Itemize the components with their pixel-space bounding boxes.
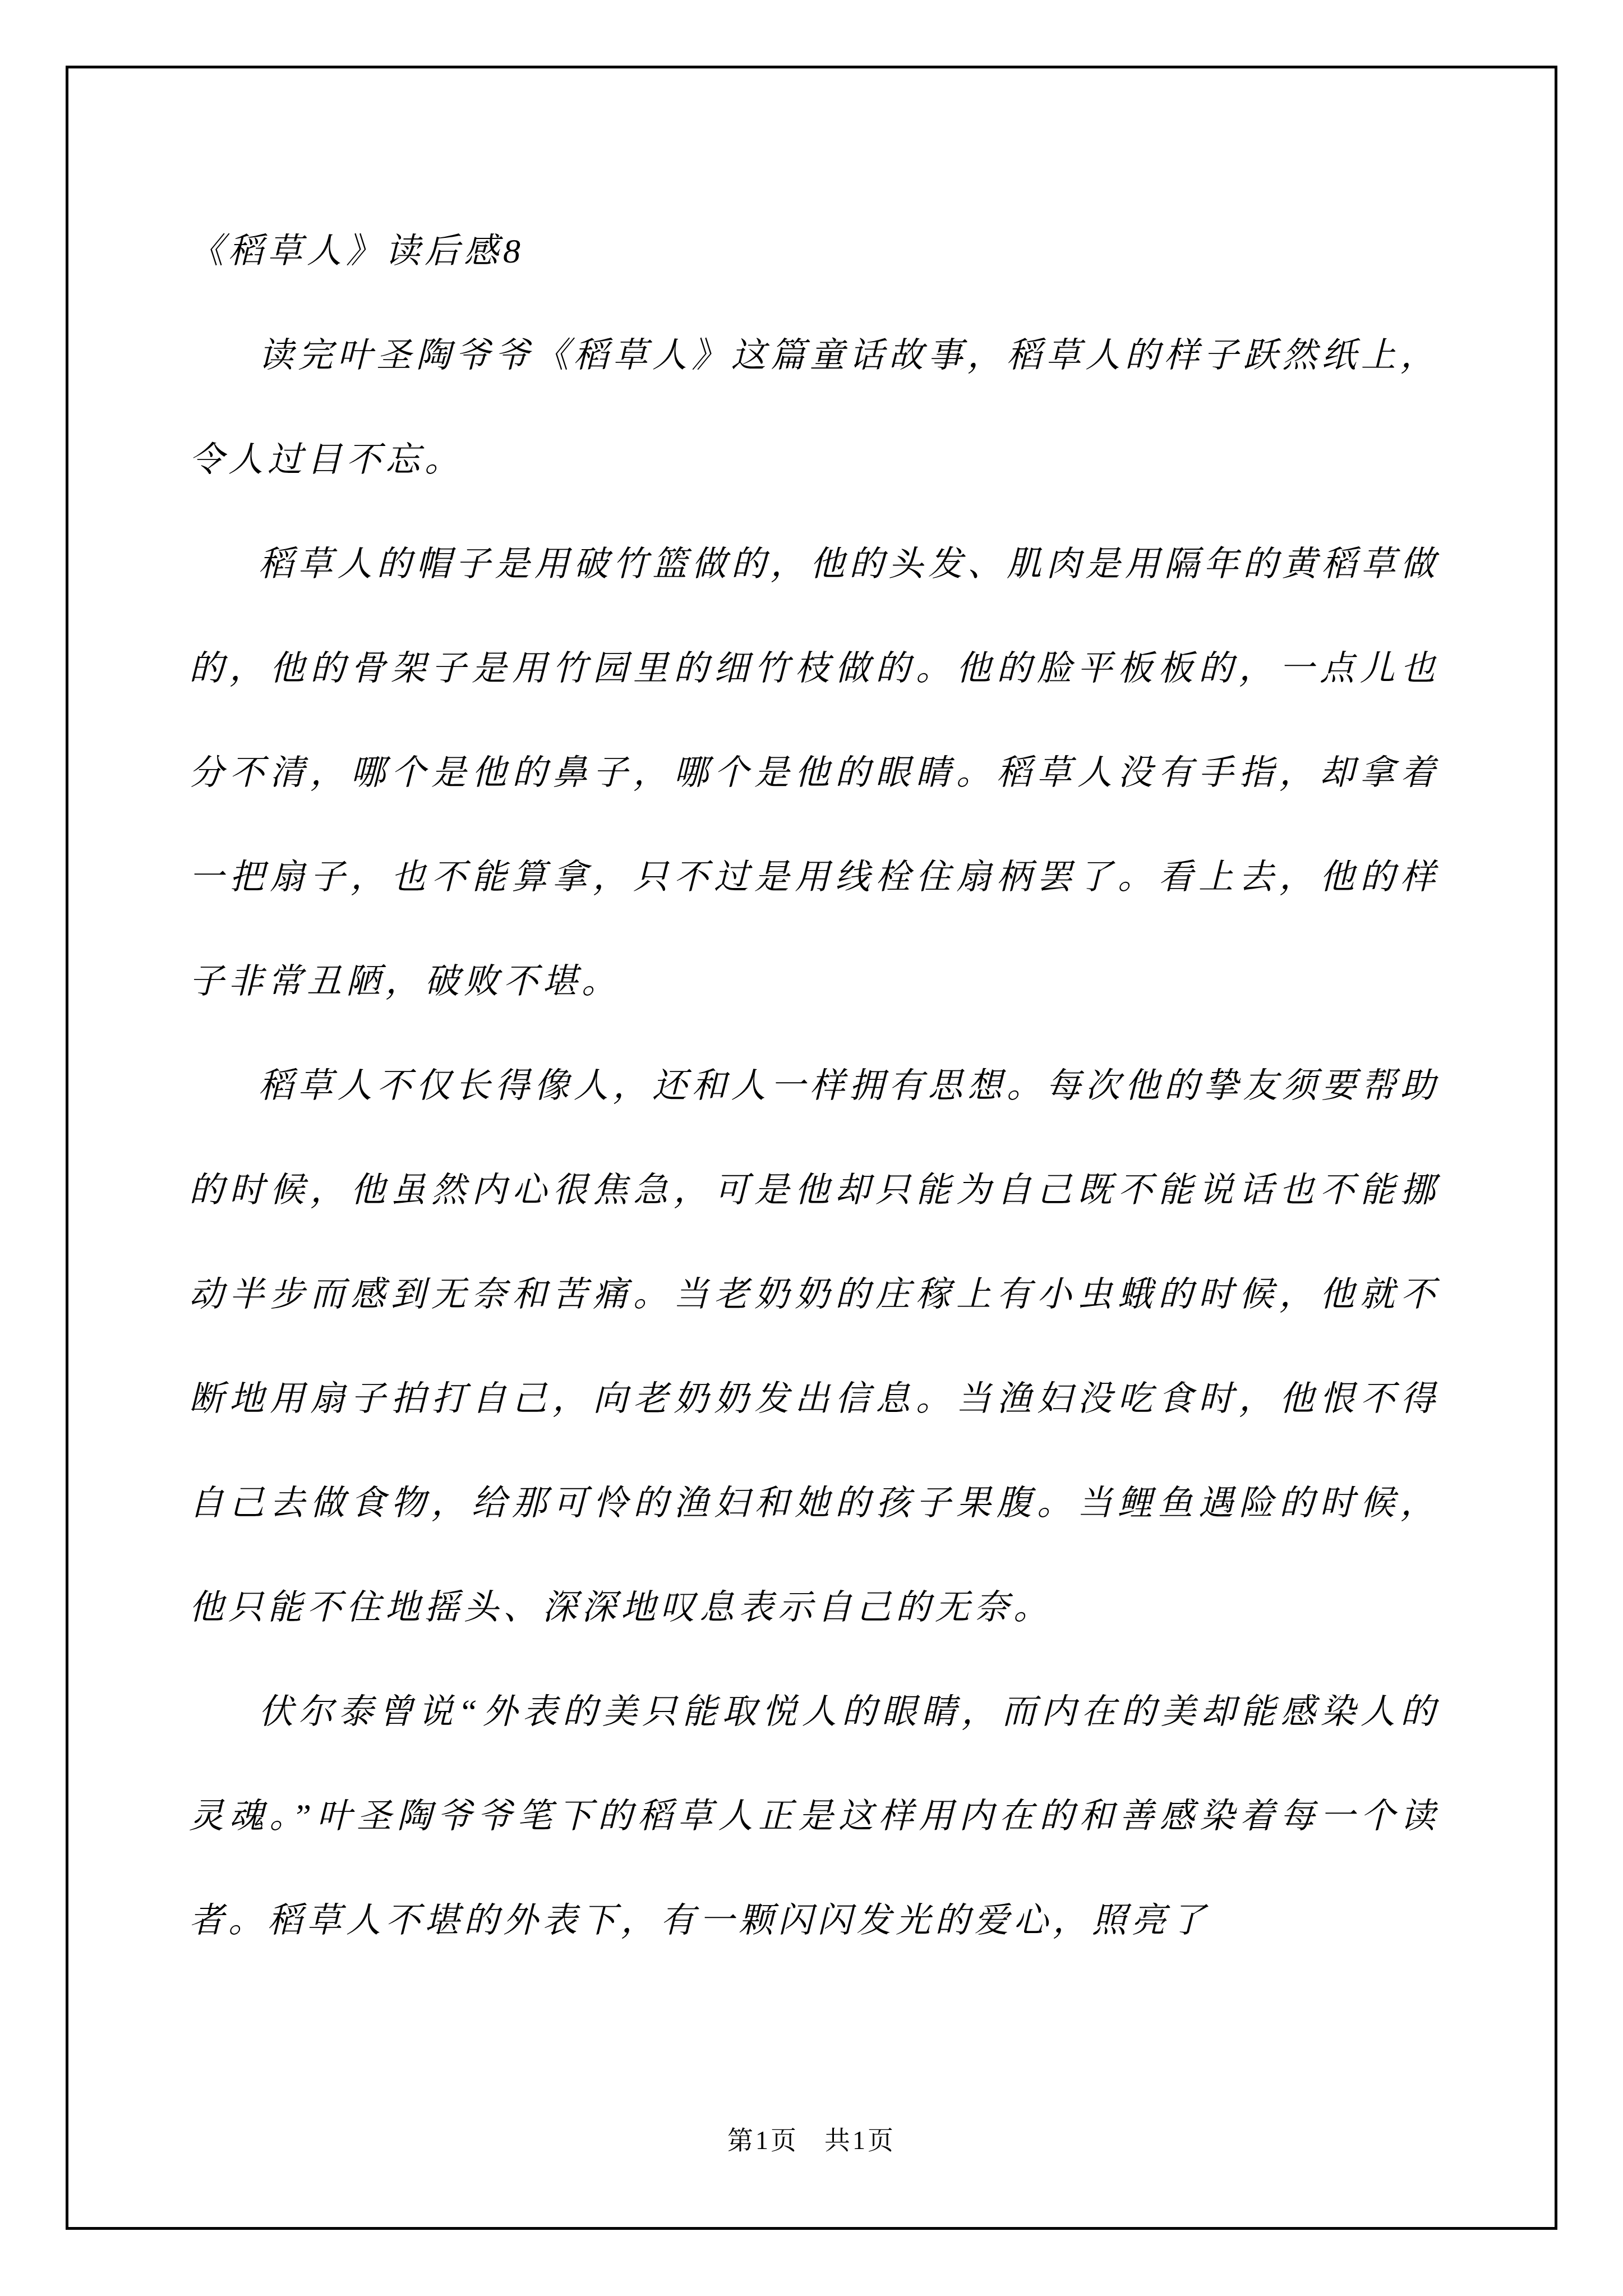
paragraph-3: 稻草人不仅长得像人，还和人一样拥有思想。每次他的挚友须要帮助的时候，他虽然内心很… xyxy=(189,1034,1440,1660)
page-number-label: 第1页 xyxy=(727,2126,799,2155)
paragraph-4: 伏尔泰曾说“外表的美只能取悦人的眼睛，而内在的美却能感染人的灵魂。”叶圣陶爷爷笔… xyxy=(189,1660,1440,1973)
page-total-label: 共1页 xyxy=(824,2126,896,2155)
document-content: 《稻草人》读后感8 读完叶圣陶爷爷《稻草人》这篇童话故事，稻草人的样子跃然纸上，… xyxy=(189,199,1440,1973)
document-title: 《稻草人》读后感8 xyxy=(189,199,1440,303)
page-footer: 第1页共1页 xyxy=(0,2125,1623,2156)
paragraph-2: 稻草人的帽子是用破竹篮做的，他的头发、肌肉是用隔年的黄稻草做的，他的骨架子是用竹… xyxy=(189,512,1440,1034)
paragraph-1: 读完叶圣陶爷爷《稻草人》这篇童话故事，稻草人的样子跃然纸上，令人过目不忘。 xyxy=(189,303,1440,512)
